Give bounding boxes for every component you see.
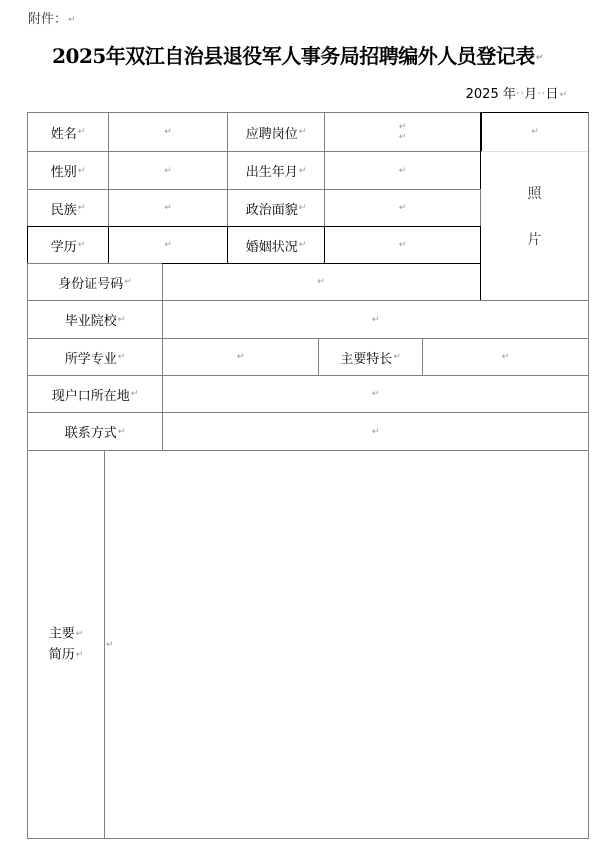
education-field[interactable]: ↵	[108, 226, 228, 264]
name-label: 姓名↵	[27, 112, 109, 152]
gender-field[interactable]: ↵	[108, 151, 228, 190]
school-field[interactable]: ↵	[162, 300, 589, 339]
political-label: 政治面貌↵	[227, 189, 325, 227]
gender-label: 性别↵	[27, 151, 109, 190]
education-label: 学历↵	[27, 226, 109, 264]
resume-label: 主要↵ 简历↵	[27, 450, 105, 839]
date-line: 2025 年··月··日↵	[466, 83, 567, 102]
id-field[interactable]: ↵	[162, 263, 481, 301]
birth-field[interactable]: ↵	[324, 151, 481, 190]
contact-label: 联系方式↵	[27, 412, 163, 451]
ethnicity-field[interactable]: ↵	[108, 189, 228, 227]
residence-label: 现户口所在地↵	[27, 375, 163, 413]
school-label: 毕业院校↵	[27, 300, 163, 339]
contact-field[interactable]: ↵	[162, 412, 589, 451]
attachment-label: 附件：↵	[28, 8, 76, 27]
name-field[interactable]: ↵	[108, 112, 228, 152]
marital-field[interactable]: ↵	[324, 226, 481, 264]
photo-box: 照 片	[480, 151, 589, 301]
document-title: 2025年双江自治县退役军人事务局招聘编外人员登记表↵	[0, 40, 595, 69]
birth-label: 出生年月↵	[227, 151, 325, 190]
position-field[interactable]: ↵↵	[324, 112, 481, 152]
resume-field[interactable]: ↵	[104, 450, 589, 839]
ethnicity-label: 民族↵	[27, 189, 109, 227]
marital-label: 婚姻状况↵	[227, 226, 325, 264]
specialty-field[interactable]: ↵	[422, 338, 589, 376]
id-label: 身份证号码↵	[27, 263, 163, 301]
major-field[interactable]: ↵	[162, 338, 319, 376]
photo-top-cell: ↵	[480, 112, 589, 152]
major-label: 所学专业↵	[27, 338, 163, 376]
political-field[interactable]: ↵	[324, 189, 481, 227]
specialty-label: 主要特长↵	[318, 338, 423, 376]
position-label: 应聘岗位↵	[227, 112, 325, 152]
residence-field[interactable]: ↵	[162, 375, 589, 413]
